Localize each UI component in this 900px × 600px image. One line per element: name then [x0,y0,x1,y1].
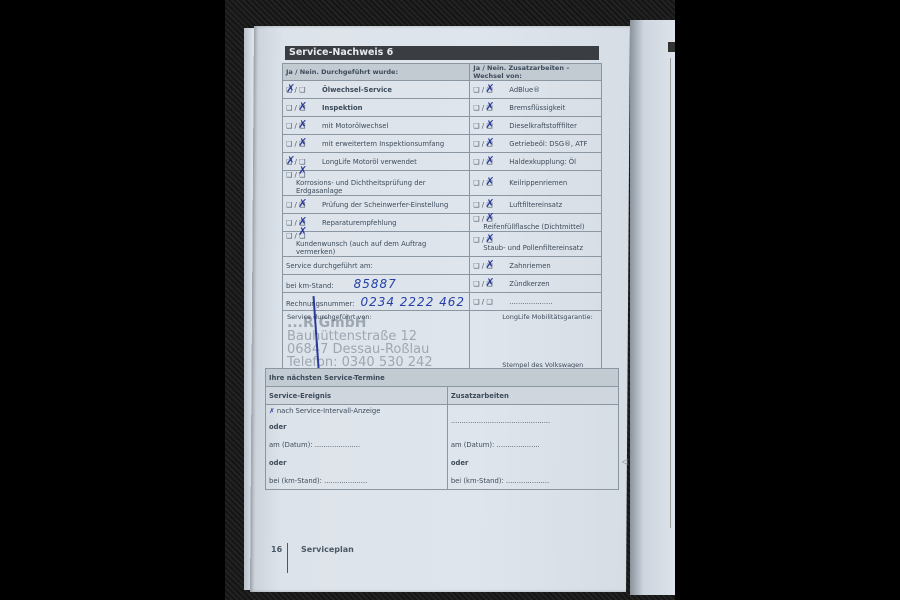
yes-no-checkbox[interactable]: ❑ / ❑✗ [286,140,312,148]
check-mark-icon: ✗ [298,100,307,113]
check-mark-icon: ✗ [286,82,295,95]
yes-no-checkbox[interactable]: ❑ / ❑✗ [473,215,499,223]
yes-no-checkbox[interactable]: ❑ / ❑✗ [286,232,312,240]
check-mark-icon: ✗ [298,197,307,210]
extra-work-label: Staub- und Pollenfiltereinsatz [473,244,583,252]
check-mark-icon: ✗ [485,232,494,245]
yes-no-checkbox[interactable]: ❑ / ❑✗ [473,262,499,270]
invoice-value: 0234 2222 462 [360,295,465,309]
yes-no-checkbox[interactable]: ❑ / ❑✗ [286,86,312,94]
facing-page-box [670,58,676,528]
footer-divider [287,543,288,573]
yes-no-checkbox[interactable]: ❑ / ❑✗ [473,104,499,112]
table-row: ❑ / ❑✗mit erweitertem Inspektionsumfang❑… [283,135,602,153]
right-cell: ❑ / ❑.................... [470,293,602,311]
yes-no-checkbox[interactable]: ❑ / ❑✗ [286,201,312,209]
yes-no-checkbox[interactable]: ❑ / ❑✗ [473,140,499,148]
right-cell: ❑ / ❑✗Staub- und Pollenfiltereinsatz [470,232,602,257]
table-row: ❑ / ❑✗Inspektion❑ / ❑✗Bremsflüssigkeit [283,99,602,117]
left-cell: ❑ / ❑✗Korrosions- und Dichtheitsprüfung … [283,171,470,196]
table-row: ❑ / ❑✗Prüfung der Scheinwerfer-Einstellu… [283,196,602,214]
service-item-label: mit erweitertem Inspektionsumfang [312,140,444,148]
extra-work-line: bei (km-Stand): .................... [451,477,549,485]
check-mark-icon: ✗ [485,118,494,131]
check-mark-icon: ✗ [485,211,494,224]
left-cell: bei km-Stand:85887 [283,275,470,293]
right-cell: ❑ / ❑✗Keilrippenriemen [470,171,602,196]
extra-work-label: Zahnriemen [499,262,550,270]
service-item-label: Inspektion [312,104,363,112]
extra-work-line: am (Datum): .................... [451,441,540,449]
facing-page-header [668,42,675,52]
right-column-heading: Ja / Nein. Zusatzarbeiten – Wechsel von: [470,64,602,81]
yes-no-checkbox[interactable]: ❑ / ❑✗ [473,179,499,187]
check-mark-icon: ✗ [298,167,307,175]
check-mark-icon: ✗ [298,118,307,131]
check-mark-icon: ✗ [485,197,494,210]
extra-work-label: Getriebeöl: DSG®, ATF [499,140,587,148]
check-mark-icon: ✗ [485,82,494,95]
left-column-heading: Ja / Nein. Durchgeführt wurde: [283,64,470,81]
extra-work-label: Zündkerzen [499,280,549,288]
right-cell: ❑ / ❑✗Haldexkupplung: Öl [470,153,602,171]
extra-work-label: .................... [499,298,552,306]
right-cell: ❑ / ❑✗Bremsflüssigkeit [470,99,602,117]
left-cell: ❑ / ❑✗Kundenwunsch (auch auf dem Auftrag… [283,232,470,257]
guarantee-label: LongLife Mobilitätsgarantie: [502,313,593,321]
invoice-label: Rechnungsnummer: [286,300,354,308]
left-cell: ❑ / ❑✗LongLife Motoröl verwendet [283,153,470,171]
check-mark-icon: ✗ [485,276,494,289]
next-service-heading: Ihre nächsten Service-Termine [266,369,619,387]
left-cell: ❑ / ❑✗mit Motorölwechsel [283,117,470,135]
table-row: ❑ / ❑✗Reparaturempfehlung❑ / ❑✗Reifenfül… [283,214,602,232]
service-event-heading: Service-Ereignis [266,387,448,405]
page-title: Service-Nachweis 6 [285,46,599,60]
check-mark-icon: ✗ [485,100,494,113]
service-item-label: LongLife Motoröl verwendet [312,158,417,166]
next-service-line: am (Datum): ..................... [269,441,360,449]
check-mark-icon: ✗ [298,136,307,149]
right-cell: ❑ / ❑✗Zahnriemen [470,257,602,275]
km-label: bei km-Stand: [286,282,334,290]
next-service-line: ✗ nach Service-Intervall-Anzeige [269,407,380,415]
yes-no-checkbox[interactable]: ❑ / ❑✗ [286,104,312,112]
yes-no-checkbox[interactable]: ❑ / ❑✗ [473,280,499,288]
extra-work-label: Dieselkraftstofffilter [499,122,577,130]
check-mark-icon: ✗ [485,136,494,149]
service-item-label: Korrosions- und Dichtheitsprüfung der Er… [286,179,466,195]
extra-work-label: Haldexkupplung: Öl [499,158,576,166]
service-item-label: Ölwechsel-Service [312,86,392,94]
next-service-table: Ihre nächsten Service-Termine Service-Er… [265,368,619,490]
extra-work-heading: Zusatzarbeiten [447,387,618,405]
yes-no-checkbox[interactable]: ❑ / ❑✗ [473,86,499,94]
service-item-label: Prüfung der Scheinwerfer-Einstellung [312,201,448,209]
extra-work-label: Reifenfüllflasche (Dichtmittel) [473,223,584,231]
table-row: ❑ / ❑✗Korrosions- und Dichtheitsprüfung … [283,171,602,196]
yes-no-checkbox[interactable]: ❑ / ❑✗ [473,122,499,130]
page-number: 16 [271,545,282,554]
yes-no-checkbox[interactable]: ❑ / ❑✗ [286,122,312,130]
left-cell: ❑ / ❑✗mit erweitertem Inspektionsumfang [283,135,470,153]
right-cell: ❑ / ❑✗Getriebeöl: DSG®, ATF [470,135,602,153]
right-cell: ❑ / ❑✗Zündkerzen [470,275,602,293]
continue-arrow-icon: ◁ [622,457,628,466]
yes-no-checkbox[interactable]: ❑ / ❑✗ [473,201,499,209]
service-record-table: Ja / Nein. Durchgeführt wurde: Ja / Nein… [282,63,602,380]
service-item-label: mit Motorölwechsel [312,122,388,130]
check-mark-icon: ✗ [485,258,494,271]
facing-page [630,20,675,595]
extra-work-line: oder [451,459,469,467]
table-row: bei km-Stand:85887❑ / ❑✗Zündkerzen [283,275,602,293]
extra-work-label: Bremsflüssigkeit [499,104,565,112]
yes-no-checkbox[interactable]: ❑ / ❑✗ [286,171,312,179]
next-service-line: oder [269,459,287,467]
right-cell: ❑ / ❑✗Reifenfüllflasche (Dichtmittel) [470,214,602,232]
right-cell: ❑ / ❑✗AdBlue® [470,81,602,99]
table-row: ❑ / ❑✗Ölwechsel-Service❑ / ❑✗AdBlue® [283,81,602,99]
service-item-label: Reparaturempfehlung [312,219,396,227]
left-cell: Rechnungsnummer:0234 2222 462 [283,293,470,311]
performed-by-label: Service durchgeführt von: [287,313,372,321]
next-service-line: oder [269,423,287,431]
extra-work-label: Luftfiltereinsatz [499,201,562,209]
check-mark-icon: ✗ [485,154,494,167]
service-event-cell: ✗ nach Service-Intervall-Anzeigeoderam (… [266,405,448,490]
service-date-label: Service durchgeführt am: [286,262,373,270]
table-row: ❑ / ❑✗LongLife Motoröl verwendet❑ / ❑✗Ha… [283,153,602,171]
service-item-label: Kundenwunsch (auch auf dem Auftrag verme… [286,240,466,256]
left-cell: ❑ / ❑✗Reparaturempfehlung [283,214,470,232]
extra-work-cell: ........................................… [447,405,618,490]
left-cell: ❑ / ❑✗Ölwechsel-Service [283,81,470,99]
yes-no-checkbox[interactable]: ❑ / ❑ [473,298,499,306]
extra-work-line: ........................................… [451,417,550,425]
right-cell: ❑ / ❑✗Dieselkraftstofffilter [470,117,602,135]
yes-no-checkbox[interactable]: ❑ / ❑✗ [473,236,499,244]
check-mark-icon: ✗ [485,175,494,188]
table-row: Service durchgeführt am:❑ / ❑✗Zahnriemen [283,257,602,275]
left-cell: ❑ / ❑✗Prüfung der Scheinwerfer-Einstellu… [283,196,470,214]
table-row: Rechnungsnummer:0234 2222 462❑ / ❑......… [283,293,602,311]
next-service-line: bei (km-Stand): .................... [269,477,367,485]
check-mark-icon: ✗ [298,228,307,236]
left-cell: ❑ / ❑✗Inspektion [283,99,470,117]
check-mark-icon: ✗ [286,154,295,167]
table-row: ❑ / ❑✗mit Motorölwechsel❑ / ❑✗Dieselkraf… [283,117,602,135]
yes-no-checkbox[interactable]: ❑ / ❑✗ [473,158,499,166]
extra-work-label: Keilrippenriemen [499,179,567,187]
km-value: 85887 [354,277,397,291]
left-cell: Service durchgeführt am: [283,257,470,275]
footer-section: Serviceplan [301,545,354,554]
extra-work-label: AdBlue® [499,86,540,94]
table-row: ❑ / ❑✗Kundenwunsch (auch auf dem Auftrag… [283,232,602,257]
